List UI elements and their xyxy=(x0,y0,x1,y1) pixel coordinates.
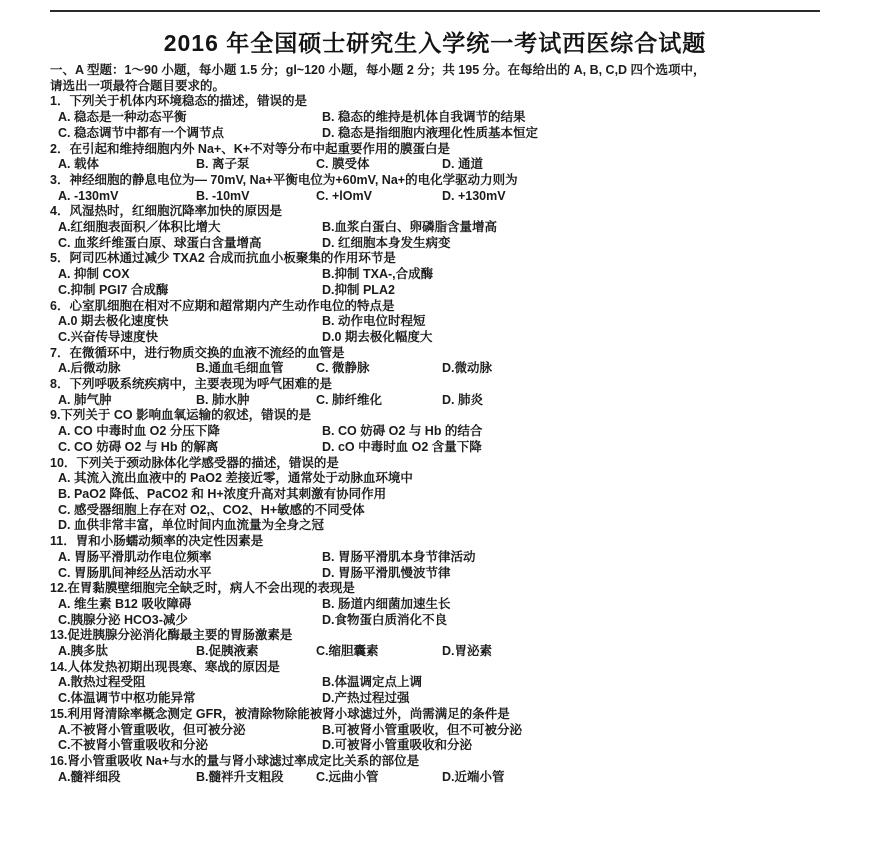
option: C.不被肾小管重吸收和分泌 xyxy=(58,738,322,754)
option: D. 稳态是指细胞内液理化性质基本恒定 xyxy=(322,126,552,142)
option: C. +lOmV xyxy=(316,189,442,205)
option: A.胰多肽 xyxy=(58,644,196,660)
option-row: D. 血供非常丰富，单位时间内血流量为全身之冠 xyxy=(50,518,824,534)
option: D.产热过程过强 xyxy=(322,691,424,707)
option: D.胃泌素 xyxy=(442,644,506,660)
option: B. 动作电位时程短 xyxy=(322,314,439,330)
question-16: 16.肾小管重吸收 Na+与水的量与肾小球滤过率成定比关系的部位是A.髓袢细段B… xyxy=(50,754,824,785)
question-11: 11．胃和小肠蠕动频率的决定性因素是A. 胃肠平滑肌动作电位频率B. 胃肠平滑肌… xyxy=(50,534,824,581)
question-stem: 10．下列关于颈动脉体化学感受器的描述，错误的是 xyxy=(50,456,824,472)
option: B. 肺水肿 xyxy=(196,393,316,409)
option-row: A. 载体B. 离子泵C. 膜受体D. 通道 xyxy=(50,157,824,173)
option: A. 其流入流出血液中的 PaO2 差接近零，通常处于动脉血环境中 xyxy=(58,471,427,487)
question-7: 7．在微循环中，进行物质交换的血液不流经的血管是A.后微动脉B.通血毛细血管C.… xyxy=(50,346,824,377)
question-6: 6．心室肌细胞在相对不应期和超常期内产生动作电位的特点是A.0 期去极化速度快B… xyxy=(50,299,824,346)
option: A. 载体 xyxy=(58,157,196,173)
question-12: 12.在胃黏膜壁细胞完全缺乏时，病人不会出现的表现是A. 维生素 B12 吸收障… xyxy=(50,581,824,628)
option: B. -10mV xyxy=(196,189,316,205)
section-instructions-line-1: 一、A 型题：1～90 小题，每小题 1.5 分；gl~120 小题，每小题 2… xyxy=(50,63,824,79)
option: B.髓袢升支粗段 xyxy=(196,770,316,786)
option: B.血浆白蛋白、卵磷脂含量增高 xyxy=(322,220,511,236)
option-row: A.散热过程受阻B.体温调定点上调 xyxy=(50,675,824,691)
option: C.远曲小管 xyxy=(316,770,442,786)
option: B.促胰液素 xyxy=(196,644,316,660)
option: B. 稳态的维持是机体自我调节的结果 xyxy=(322,110,539,126)
question-stem: 15.利用肾清除率概念测定 GFR，被清除物除能被肾小球滤过外，尚需满足的条件是 xyxy=(50,707,824,723)
question-8: 8．下列呼吸系统疾病中，主要表现为呼气困难的是A. 肺气肿B. 肺水肿C. 肺纤… xyxy=(50,377,824,408)
option: A. CO 中毒时血 O2 分压下降 xyxy=(58,424,322,440)
option: D. 通道 xyxy=(442,157,497,173)
option: C. 血浆纤维蛋白原、球蛋白含量增高 xyxy=(58,236,322,252)
option: A.红细胞表面积／体积比增大 xyxy=(58,220,322,236)
option-row: C. CO 妨碍 O2 与 Hb 的解离D. cO 中毒时血 O2 含量下降 xyxy=(50,440,824,456)
option: C. 胃肠肌间神经丛活动水平 xyxy=(58,566,322,582)
question-stem: 11．胃和小肠蠕动频率的决定性因素是 xyxy=(50,534,824,550)
option-row: C.体温调节中枢功能异常D.产热过程过强 xyxy=(50,691,824,707)
option: A. -130mV xyxy=(58,189,196,205)
question-1: 1．下列关于机体内环境稳态的描述，错误的是A. 稳态是一种动态平衡B. 稳态的维… xyxy=(50,94,824,141)
option-row: A. 稳态是一种动态平衡B. 稳态的维持是机体自我调节的结果 xyxy=(50,110,824,126)
option: A.散热过程受阻 xyxy=(58,675,322,691)
question-2: 2．在引起和维持细胞内外 Na+、K+不对等分布中起重要作用的膜蛋白是A. 载体… xyxy=(50,142,824,173)
option: C. 肺纤维化 xyxy=(316,393,442,409)
option: B. 离子泵 xyxy=(196,157,316,173)
question-stem: 16.肾小管重吸收 Na+与水的量与肾小球滤过率成定比关系的部位是 xyxy=(50,754,824,770)
option-row: A.后微动脉B.通血毛细血管C. 微静脉D.微动脉 xyxy=(50,361,824,377)
option-row: A. 其流入流出血液中的 PaO2 差接近零，通常处于动脉血环境中 xyxy=(50,471,824,487)
option: B.通血毛细血管 xyxy=(196,361,316,377)
question-13: 13.促进胰腺分泌消化酶最主要的胃肠激素是A.胰多肽B.促胰液素C.缩胆囊素D.… xyxy=(50,628,824,659)
option: A.髓袢细段 xyxy=(58,770,196,786)
option: C. 膜受体 xyxy=(316,157,442,173)
option: D.抑制 PLA2 xyxy=(322,283,409,299)
option-row: A. 维生素 B12 吸收障碍B. 肠道内细菌加速生长 xyxy=(50,597,824,613)
option: D. 肺炎 xyxy=(442,393,497,409)
section-instructions-line-2: 请选出一项最符合题目要求的。 xyxy=(50,79,824,95)
option-row: A.胰多肽B.促胰液素C.缩胆囊素D.胃泌素 xyxy=(50,644,824,660)
option: B. PaO2 降低、PaCO2 和 H+浓度升高对其刺激有协同作用 xyxy=(58,487,400,503)
option: C.抑制 PGI7 合成酶 xyxy=(58,283,322,299)
option: D.微动脉 xyxy=(442,361,506,377)
option-row: C. 胃肠肌间神经丛活动水平D. 胃肠平滑肌慢波节律 xyxy=(50,566,824,582)
question-stem: 14.人体发热初期出现畏寒、寒战的原因是 xyxy=(50,660,824,676)
question-stem: 13.促进胰腺分泌消化酶最主要的胃肠激素是 xyxy=(50,628,824,644)
option-row: A. 肺气肿B. 肺水肿C. 肺纤维化D. 肺炎 xyxy=(50,393,824,409)
question-stem: 4．风湿热时，红细胞沉降率加快的原因是 xyxy=(50,204,824,220)
option: D. +130mV xyxy=(442,189,520,205)
page-title: 2016 年全国硕士研究生入学统一考试西医综合试题 xyxy=(0,0,870,58)
option-row: C. 血浆纤维蛋白原、球蛋白含量增高D. 红细胞本身发生病变 xyxy=(50,236,824,252)
option: C.兴奋传导速度快 xyxy=(58,330,322,346)
option-row: A. -130mVB. -10mVC. +lOmVD. +130mV xyxy=(50,189,824,205)
exam-content: 一、A 型题：1～90 小题，每小题 1.5 分；gl~120 小题，每小题 2… xyxy=(50,63,824,785)
option: C. CO 妨碍 O2 与 Hb 的解离 xyxy=(58,440,322,456)
question-stem: 8．下列呼吸系统疾病中，主要表现为呼气困难的是 xyxy=(50,377,824,393)
option-row: C. 感受器细胞上存在对 O2,、CO2、H+敏感的不同受体 xyxy=(50,503,824,519)
question-5: 5．阿司匹林通过减少 TXA2 合成而抗血小板聚集的作用环节是A. 抑制 COX… xyxy=(50,251,824,298)
option: A. 胃肠平滑肌动作电位频率 xyxy=(58,550,322,566)
option: C.缩胆囊素 xyxy=(316,644,442,660)
option: C. 感受器细胞上存在对 O2,、CO2、H+敏感的不同受体 xyxy=(58,503,379,519)
top-divider xyxy=(50,10,820,12)
option-row: A.髓袢细段B.髓袢升支粗段C.远曲小管D.近端小管 xyxy=(50,770,824,786)
option: C. 微静脉 xyxy=(316,361,442,377)
questions-list: 1．下列关于机体内环境稳态的描述，错误的是A. 稳态是一种动态平衡B. 稳态的维… xyxy=(50,94,824,785)
option: D. cO 中毒时血 O2 含量下降 xyxy=(322,440,496,456)
option: A.不被肾小管重吸收，但可被分泌 xyxy=(58,723,322,739)
option: D.可被肾小管重吸收和分泌 xyxy=(322,738,486,754)
option: B.抑制 TXA-,合成酶 xyxy=(322,267,447,283)
question-10: 10．下列关于颈动脉体化学感受器的描述，错误的是A. 其流入流出血液中的 PaO… xyxy=(50,456,824,535)
option-row: A.0 期去极化速度快B. 动作电位时程短 xyxy=(50,314,824,330)
option-row: C.兴奋传导速度快D.0 期去极化幅度大 xyxy=(50,330,824,346)
question-stem: 9.下列关于 CO 影响血氧运输的叙述，错误的是 xyxy=(50,408,824,424)
question-14: 14.人体发热初期出现畏寒、寒战的原因是A.散热过程受阻B.体温调定点上调C.体… xyxy=(50,660,824,707)
option: D.食物蛋白质消化不良 xyxy=(322,613,461,629)
option-row: B. PaO2 降低、PaCO2 和 H+浓度升高对其刺激有协同作用 xyxy=(50,487,824,503)
option: A.0 期去极化速度快 xyxy=(58,314,322,330)
exam-paper-page: 2016 年全国硕士研究生入学统一考试西医综合试题 一、A 型题：1～90 小题… xyxy=(0,0,870,842)
option-row: A. 胃肠平滑肌动作电位频率B. 胃肠平滑肌本身节律活动 xyxy=(50,550,824,566)
option: A. 稳态是一种动态平衡 xyxy=(58,110,322,126)
question-15: 15.利用肾清除率概念测定 GFR，被清除物除能被肾小球滤过外，尚需满足的条件是… xyxy=(50,707,824,754)
option: A. 肺气肿 xyxy=(58,393,196,409)
option-row: C. 稳态调节中都有一个调节点D. 稳态是指细胞内液理化性质基本恒定 xyxy=(50,126,824,142)
option: B.体温调定点上调 xyxy=(322,675,436,691)
option: A. 维生素 B12 吸收障碍 xyxy=(58,597,322,613)
option: A. 抑制 COX xyxy=(58,267,322,283)
option-row: C.胰腺分泌 HCO3-减少D.食物蛋白质消化不良 xyxy=(50,613,824,629)
option: D.近端小管 xyxy=(442,770,519,786)
option-row: A.红细胞表面积／体积比增大B.血浆白蛋白、卵磷脂含量增高 xyxy=(50,220,824,236)
question-stem: 2．在引起和维持细胞内外 Na+、K+不对等分布中起重要作用的膜蛋白是 xyxy=(50,142,824,158)
option: C.胰腺分泌 HCO3-减少 xyxy=(58,613,322,629)
question-4: 4．风湿热时，红细胞沉降率加快的原因是A.红细胞表面积／体积比增大B.血浆白蛋白… xyxy=(50,204,824,251)
option-row: A.不被肾小管重吸收，但可被分泌B.可被肾小管重吸收，但不可被分泌 xyxy=(50,723,824,739)
option: D. 红细胞本身发生病变 xyxy=(322,236,464,252)
question-stem: 5．阿司匹林通过减少 TXA2 合成而抗血小板聚集的作用环节是 xyxy=(50,251,824,267)
option: C.体温调节中枢功能异常 xyxy=(58,691,322,707)
question-stem: 12.在胃黏膜壁细胞完全缺乏时，病人不会出现的表现是 xyxy=(50,581,824,597)
question-stem: 1．下列关于机体内环境稳态的描述，错误的是 xyxy=(50,94,824,110)
question-stem: 3．神经细胞的静息电位为— 70mV, Na+平衡电位为+60mV, Na+的电… xyxy=(50,173,824,189)
option: A.后微动脉 xyxy=(58,361,196,377)
option-row: A. CO 中毒时血 O2 分压下降B. CO 妨碍 O2 与 Hb 的结合 xyxy=(50,424,824,440)
option-row: A. 抑制 COXB.抑制 TXA-,合成酶 xyxy=(50,267,824,283)
option: B. 胃肠平滑肌本身节律活动 xyxy=(322,550,489,566)
question-stem: 6．心室肌细胞在相对不应期和超常期内产生动作电位的特点是 xyxy=(50,299,824,315)
option: C. 稳态调节中都有一个调节点 xyxy=(58,126,322,142)
option: D. 胃肠平滑肌慢波节律 xyxy=(322,566,464,582)
option: D. 血供非常丰富，单位时间内血流量为全身之冠 xyxy=(58,518,338,534)
option: B.可被肾小管重吸收，但不可被分泌 xyxy=(322,723,536,739)
option-row: C.不被肾小管重吸收和分泌D.可被肾小管重吸收和分泌 xyxy=(50,738,824,754)
option-row: C.抑制 PGI7 合成酶D.抑制 PLA2 xyxy=(50,283,824,299)
option: B. CO 妨碍 O2 与 Hb 的结合 xyxy=(322,424,496,440)
question-stem: 7．在微循环中，进行物质交换的血液不流经的血管是 xyxy=(50,346,824,362)
question-3: 3．神经细胞的静息电位为— 70mV, Na+平衡电位为+60mV, Na+的电… xyxy=(50,173,824,204)
question-9: 9.下列关于 CO 影响血氧运输的叙述，错误的是A. CO 中毒时血 O2 分压… xyxy=(50,408,824,455)
option: B. 肠道内细菌加速生长 xyxy=(322,597,464,613)
option: D.0 期去极化幅度大 xyxy=(322,330,446,346)
